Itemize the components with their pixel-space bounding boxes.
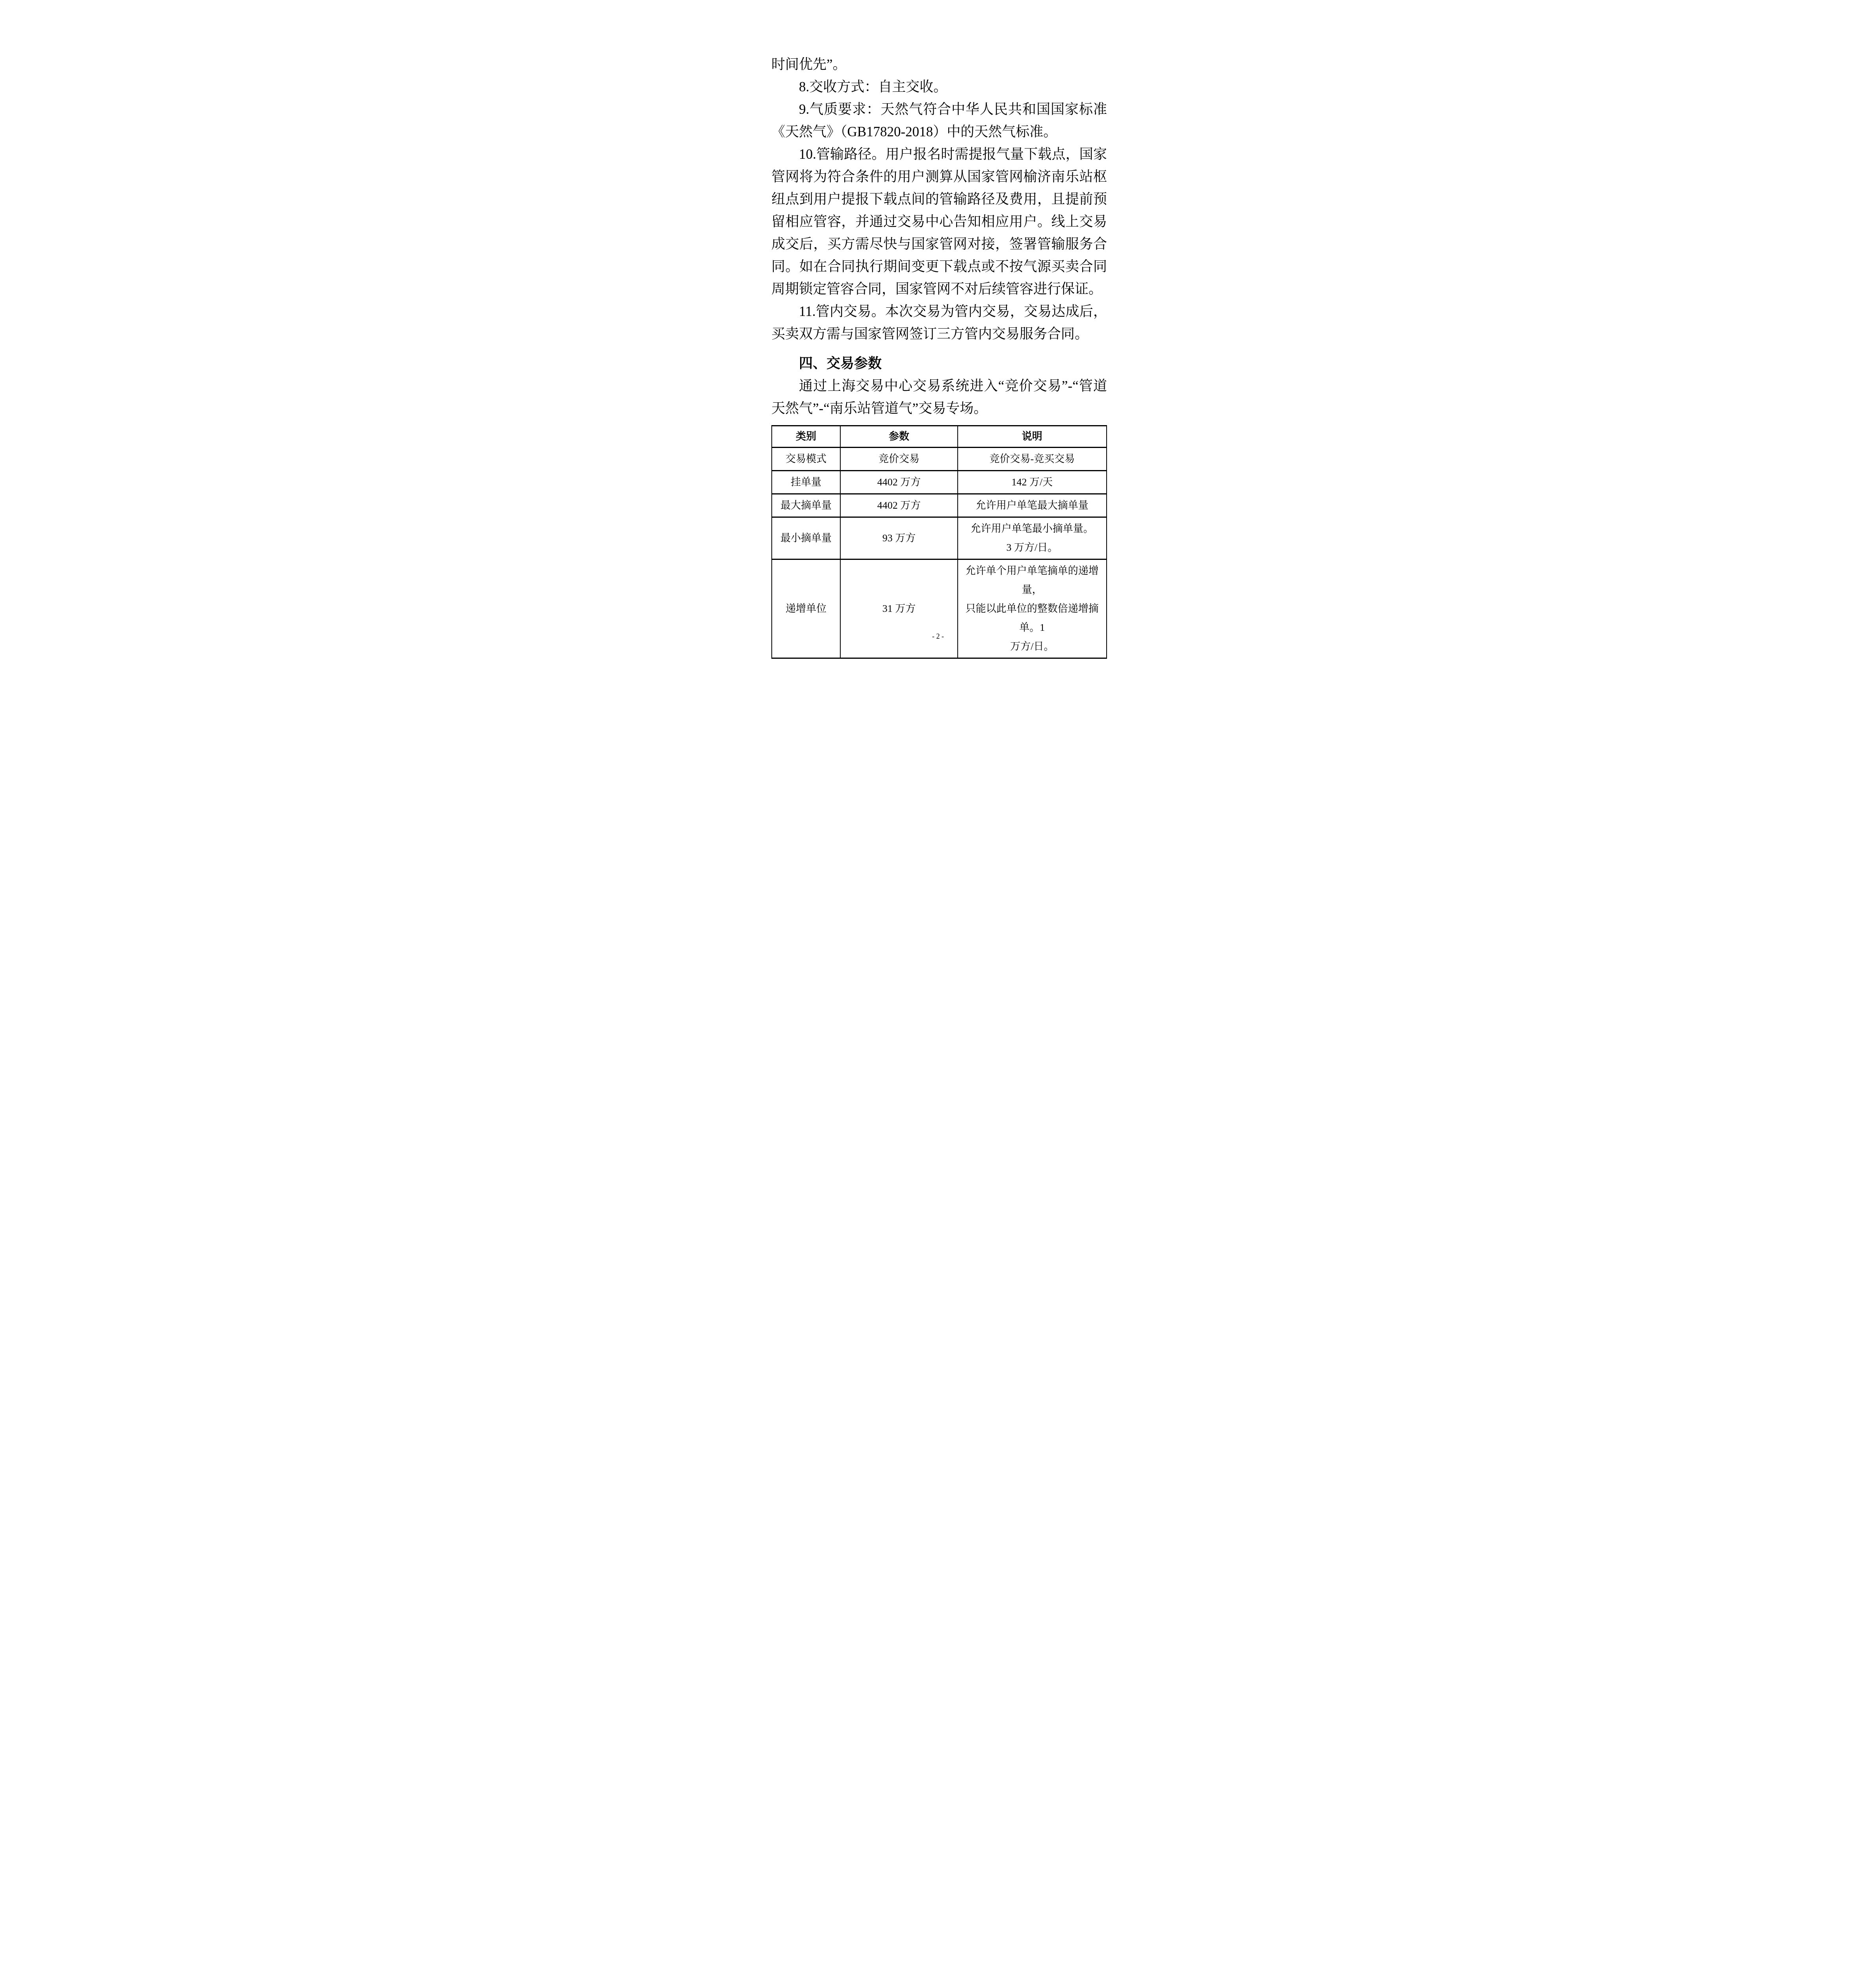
body-paragraph: 9.气质要求：天然气符合中华人民共和国国家标准《天然气》（GB17820-201…	[771, 98, 1107, 143]
cell-desc: 竞价交易-竞买交易	[958, 448, 1107, 471]
cell-category: 递增单位	[772, 559, 840, 658]
body-paragraph: 时间优先”。	[771, 53, 1107, 76]
cell-param: 93 万方	[840, 517, 958, 559]
section-intro-paragraph: 通过上海交易中心交易系统进入“竞价交易”-“管道天然气”-“南乐站管道气”交易专…	[771, 375, 1107, 420]
header-cell-category: 类别	[772, 426, 840, 448]
section-heading: 四、交易参数	[771, 352, 1107, 375]
cell-param: 竞价交易	[840, 448, 958, 471]
cell-param: 31 万方	[840, 559, 958, 658]
table-row: 递增单位 31 万方 允许单个用户单笔摘单的递增量， 只能以此单位的整数倍递增摘…	[772, 559, 1107, 658]
body-paragraph: 10.管输路径。用户报名时需提报气量下载点，国家管网将为符合条件的用户测算从国家…	[771, 143, 1107, 300]
table-row: 最小摘单量 93 万方 允许用户单笔最小摘单量。 3 万方/日。	[772, 517, 1107, 559]
cell-desc: 允许用户单笔最小摘单量。 3 万方/日。	[958, 517, 1107, 559]
cell-category: 最大摘单量	[772, 494, 840, 517]
table-header-row: 类别 参数 说明	[772, 426, 1107, 448]
table-row: 最大摘单量 4402 万方 允许用户单笔最大摘单量	[772, 494, 1107, 517]
document-content: 时间优先”。 8.交收方式：自主交收。 9.气质要求：天然气符合中华人民共和国国…	[771, 53, 1107, 659]
page-number: - 2 -	[704, 632, 1172, 641]
table-row: 交易模式 竞价交易 竞价交易-竞买交易	[772, 448, 1107, 471]
cell-desc: 允许单个用户单笔摘单的递增量， 只能以此单位的整数倍递增摘单。1 万方/日。	[958, 559, 1107, 658]
trade-parameters-table: 类别 参数 说明 交易模式 竞价交易 竞价交易-竞买交易 挂单量 4402 万方…	[771, 425, 1107, 659]
body-paragraph: 8.交收方式：自主交收。	[771, 76, 1107, 98]
cell-desc: 142 万/天	[958, 471, 1107, 494]
cell-category: 最小摘单量	[772, 517, 840, 559]
cell-param: 4402 万方	[840, 471, 958, 494]
body-paragraph: 11.管内交易。本次交易为管内交易，交易达成后，买卖双方需与国家管网签订三方管内…	[771, 300, 1107, 345]
table-row: 挂单量 4402 万方 142 万/天	[772, 471, 1107, 494]
cell-param: 4402 万方	[840, 494, 958, 517]
cell-category: 挂单量	[772, 471, 840, 494]
cell-category: 交易模式	[772, 448, 840, 471]
cell-desc: 允许用户单笔最大摘单量	[958, 494, 1107, 517]
document-page: 时间优先”。 8.交收方式：自主交收。 9.气质要求：天然气符合中华人民共和国国…	[704, 0, 1172, 663]
header-cell-desc: 说明	[958, 426, 1107, 448]
header-cell-param: 参数	[840, 426, 958, 448]
